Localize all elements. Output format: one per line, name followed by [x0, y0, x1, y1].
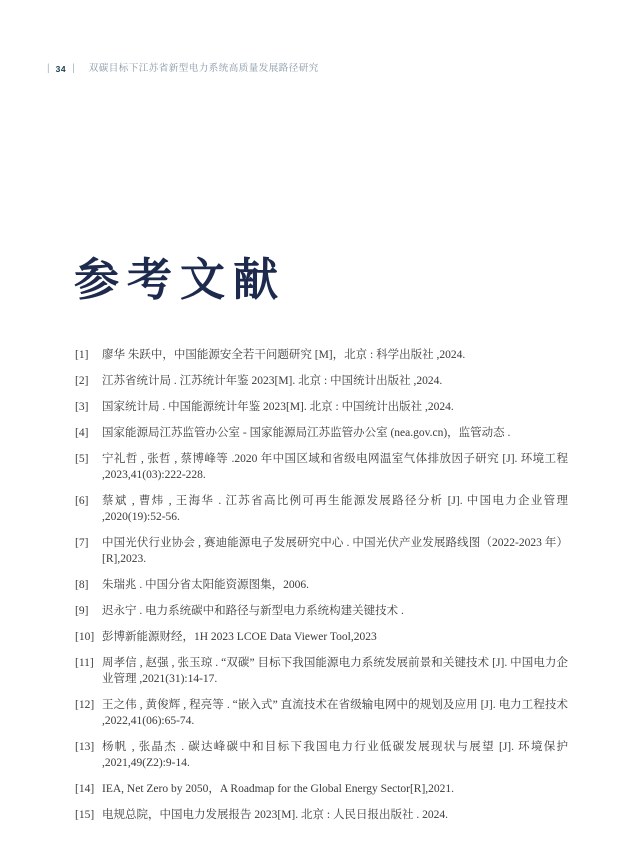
- reference-text: 周孝信 , 赵强 , 张玉琼 . “双碳” 目标下我国能源电力系统发展前景和关键…: [102, 655, 568, 687]
- reference-number: [11]: [75, 655, 102, 687]
- reference-text: 杨帆 , 张晶杰 . 碳达峰碳中和目标下我国电力行业低碳发展现状与展望 [J].…: [102, 739, 568, 771]
- reference-text: 江苏省统计局 . 江苏统计年鉴 2023[M]. 北京 : 中国统计出版社 ,2…: [102, 373, 568, 389]
- reference-number: [14]: [75, 781, 102, 797]
- reference-item: [7] 中国光伏行业协会 , 赛迪能源电子发展研究中心 . 中国光伏产业发展路线…: [75, 535, 568, 567]
- reference-text: 蔡斌 , 曹炜 , 王海华 . 江苏省高比例可再生能源发展路径分析 [J]. 中…: [102, 493, 568, 525]
- reference-text: 国家能源局江苏监管办公室 - 国家能源局江苏监管办公室 (nea.gov.cn)…: [102, 425, 568, 441]
- reference-number: [2]: [75, 373, 102, 389]
- reference-number: [7]: [75, 535, 102, 567]
- reference-item: [6] 蔡斌 , 曹炜 , 王海华 . 江苏省高比例可再生能源发展路径分析 [J…: [75, 493, 568, 525]
- reference-text: 迟永宁 . 电力系统碳中和路径与新型电力系统构建关键技术 .: [102, 603, 568, 619]
- chapter-title: 参考文献: [74, 253, 286, 307]
- reference-number: [13]: [75, 739, 102, 771]
- reference-text: 宁礼哲 , 张哲 , 蔡博峰等 .2020 年中国区域和省级电网温室气体排放因子…: [102, 451, 568, 483]
- page-number-right-bar: |: [72, 62, 75, 76]
- reference-item: [1] 廖华 朱跃中，中国能源安全若干问题研究 [M]，北京 : 科学出版社 ,…: [75, 347, 568, 363]
- document-page: | 34 | 双碳目标下江苏省新型电力系统高质量发展路径研究 参考文献 [1] …: [0, 0, 639, 867]
- reference-number: [8]: [75, 577, 102, 593]
- reference-item: [14] IEA, Net Zero by 2050，A Roadmap for…: [75, 781, 568, 797]
- reference-text: 国家统计局 . 中国能源统计年鉴 2023[M]. 北京 : 中国统计出版社 ,…: [102, 399, 568, 415]
- reference-item: [3] 国家统计局 . 中国能源统计年鉴 2023[M]. 北京 : 中国统计出…: [75, 399, 568, 415]
- reference-number: [1]: [75, 347, 102, 363]
- reference-number: [9]: [75, 603, 102, 619]
- reference-text: 彭博新能源财经，1H 2023 LCOE Data Viewer Tool,20…: [102, 629, 568, 645]
- page-number-left-bar: |: [47, 62, 50, 76]
- reference-text: 电规总院，中国电力发展报告 2023[M]. 北京 : 人民日报出版社 . 20…: [102, 807, 568, 823]
- reference-number: [5]: [75, 451, 102, 483]
- reference-text: 中国光伏行业协会 , 赛迪能源电子发展研究中心 . 中国光伏产业发展路线图（20…: [102, 535, 568, 567]
- reference-item: [10] 彭博新能源财经，1H 2023 LCOE Data Viewer To…: [75, 629, 568, 645]
- reference-item: [4] 国家能源局江苏监管办公室 - 国家能源局江苏监管办公室 (nea.gov…: [75, 425, 568, 441]
- reference-number: [15]: [75, 807, 102, 823]
- page-number: 34: [56, 62, 66, 76]
- reference-item: [5] 宁礼哲 , 张哲 , 蔡博峰等 .2020 年中国区域和省级电网温室气体…: [75, 451, 568, 483]
- running-header-title: 双碳目标下江苏省新型电力系统高质量发展路径研究: [89, 62, 319, 76]
- reference-item: [9] 迟永宁 . 电力系统碳中和路径与新型电力系统构建关键技术 .: [75, 603, 568, 619]
- reference-item: [13] 杨帆 , 张晶杰 . 碳达峰碳中和目标下我国电力行业低碳发展现状与展望…: [75, 739, 568, 771]
- reference-item: [15] 电规总院，中国电力发展报告 2023[M]. 北京 : 人民日报出版社…: [75, 807, 568, 823]
- reference-number: [10]: [75, 629, 102, 645]
- reference-item: [2] 江苏省统计局 . 江苏统计年鉴 2023[M]. 北京 : 中国统计出版…: [75, 373, 568, 389]
- reference-item: [8] 朱瑞兆 . 中国分省太阳能资源图集，2006.: [75, 577, 568, 593]
- reference-item: [11] 周孝信 , 赵强 , 张玉琼 . “双碳” 目标下我国能源电力系统发展…: [75, 655, 568, 687]
- reference-number: [4]: [75, 425, 102, 441]
- references-list: [1] 廖华 朱跃中，中国能源安全若干问题研究 [M]，北京 : 科学出版社 ,…: [75, 347, 568, 833]
- reference-text: IEA, Net Zero by 2050，A Roadmap for the …: [102, 781, 568, 797]
- reference-number: [3]: [75, 399, 102, 415]
- reference-text: 朱瑞兆 . 中国分省太阳能资源图集，2006.: [102, 577, 568, 593]
- reference-number: [6]: [75, 493, 102, 525]
- reference-item: [12] 王之伟 , 黄俊辉 , 程亮等 . “嵌入式” 直流技术在省级输电网中…: [75, 697, 568, 729]
- reference-text: 廖华 朱跃中，中国能源安全若干问题研究 [M]，北京 : 科学出版社 ,2024…: [102, 347, 568, 363]
- running-header: | 34 | 双碳目标下江苏省新型电力系统高质量发展路径研究: [47, 62, 592, 76]
- page-number-group: | 34 |: [47, 62, 75, 76]
- reference-text: 王之伟 , 黄俊辉 , 程亮等 . “嵌入式” 直流技术在省级输电网中的规划及应…: [102, 697, 568, 729]
- reference-number: [12]: [75, 697, 102, 729]
